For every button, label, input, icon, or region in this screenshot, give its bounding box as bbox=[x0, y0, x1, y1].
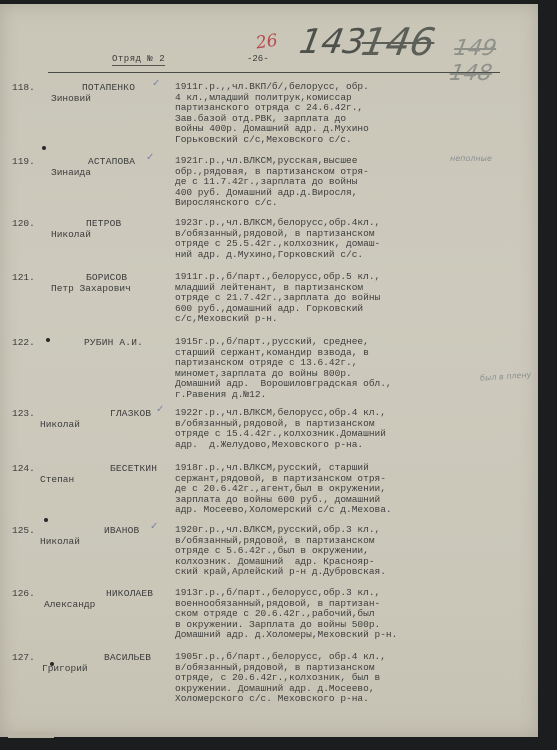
record-number: 122. bbox=[12, 337, 35, 348]
record-surname: БОРИСОВ bbox=[86, 272, 127, 283]
record-given-name: Зиновий bbox=[51, 93, 91, 104]
check-mark-icon: ✓ bbox=[150, 521, 158, 532]
check-mark-icon: ✓ bbox=[146, 152, 154, 163]
record-number: 125. bbox=[12, 525, 35, 536]
archive-folio-number: 143 bbox=[296, 22, 368, 62]
record-biography: 1905г.р.,б/парт.,белорусс, обр.4 кл., в/… bbox=[175, 652, 475, 705]
paper-tab bbox=[8, 732, 54, 738]
record-surname: ПОТАПЕНКО bbox=[82, 82, 135, 93]
record-given-name: Николай bbox=[40, 536, 80, 547]
record-given-name: Александр bbox=[44, 599, 95, 610]
record-surname: ИВАНОВ bbox=[104, 525, 139, 536]
record-given-name: Степан bbox=[40, 474, 74, 485]
header-divider bbox=[48, 72, 500, 73]
record-number: 124. bbox=[12, 463, 35, 474]
typed-page-number: -26- bbox=[247, 54, 269, 64]
record-surname: БЕСЕТКИН bbox=[110, 463, 157, 474]
margin-note: был в плену bbox=[480, 370, 532, 383]
record-number: 126. bbox=[12, 588, 35, 599]
punch-mark bbox=[50, 662, 54, 666]
record-surname: ГЛАЗКОВ bbox=[110, 408, 151, 419]
record-number: 127. bbox=[12, 652, 35, 663]
record-number: 119. bbox=[12, 156, 35, 167]
document-header: Отряд № 2 -26- 26 143 146 149 148 bbox=[0, 4, 538, 84]
record-surname: АСТАПОВА bbox=[88, 156, 135, 167]
record-given-name: Зинаида bbox=[51, 167, 91, 178]
crossed-folio-number: 146 bbox=[358, 20, 438, 64]
handwritten-red-page-number: 26 bbox=[255, 31, 279, 54]
punch-mark bbox=[44, 518, 48, 522]
record-biography: 1911г.р.,б/парт.,белорусс,обр.5 кл., мла… bbox=[175, 272, 475, 325]
record-given-name: Николай bbox=[51, 229, 91, 240]
record-given-name: Григорий bbox=[42, 663, 88, 674]
record-biography: 1922г.р.,чл.ВЛКСМ,белорусс,обр.4 кл., в/… bbox=[175, 408, 475, 450]
crossed-folio-number-old: 149 148 bbox=[448, 36, 543, 86]
punch-mark bbox=[42, 146, 46, 150]
record-surname: НИКОЛАЕВ bbox=[106, 588, 153, 599]
record-number: 123. bbox=[12, 408, 35, 419]
record-number: 121. bbox=[12, 272, 35, 283]
record-biography: 1923г.р.,чл.ВЛКСМ,белорусс,обр.4кл., в/о… bbox=[175, 218, 475, 260]
record-biography: 1921г.р.,чл.ВЛКСМ,русская,высшее обр.,ря… bbox=[175, 156, 475, 209]
check-mark-icon: ✓ bbox=[152, 78, 160, 89]
record-biography: 1915г.р.,б/парт.,русский, среднее, старш… bbox=[175, 337, 475, 401]
record-surname: ВАСИЛЬЕВ bbox=[104, 652, 151, 663]
record-given-name: Николай bbox=[40, 419, 80, 430]
margin-note: неполные bbox=[450, 154, 492, 163]
record-biography: 1920г.р.,чл.ВЛКСМ,русский,обр.3 кл., в/о… bbox=[175, 525, 475, 578]
record-surname: ПЕТРОВ bbox=[86, 218, 121, 229]
punch-mark bbox=[46, 338, 50, 342]
record-biography: 1918г.р.,чл.ВЛКСМ,русский, старший сержа… bbox=[175, 463, 475, 516]
record-given-name: Петр Захарович bbox=[51, 283, 131, 294]
archive-document-page: Отряд № 2 -26- 26 143 146 149 148 118. П… bbox=[0, 4, 538, 737]
record-biography: 1913г.р.,б/парт.,белорусс,обр.3 кл., вое… bbox=[175, 588, 475, 641]
record-number: 120. bbox=[12, 218, 35, 229]
record-biography: 1911г.р.,,чл.ВКП/б/,белорусс, обр. 4 кл.… bbox=[175, 82, 475, 146]
check-mark-icon: ✓ bbox=[156, 404, 164, 415]
record-surname: РУБИН А.И. bbox=[84, 337, 143, 348]
unit-label: Отряд № 2 bbox=[112, 54, 165, 66]
record-number: 118. bbox=[12, 82, 35, 93]
